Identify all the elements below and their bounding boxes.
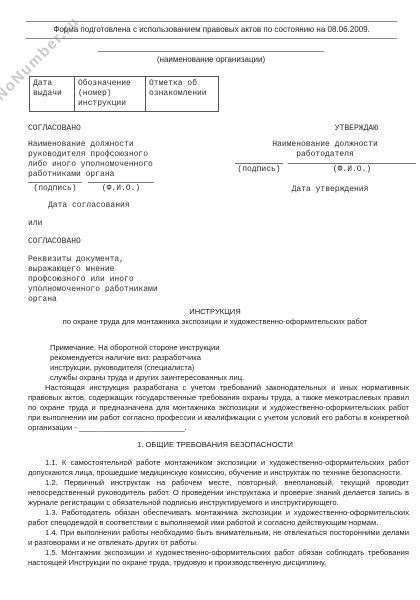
col-issue-date: Дата выдачи [30,77,75,112]
full-name-line: (Ф.И.О.) [88,182,154,193]
full-name-line: (Ф.И.О.) [288,163,416,174]
document-title-block: ИНСТРУКЦИЯ по охране труда для монтажник… [20,307,410,327]
table-row: Дата выдачи Обозначение (номер) инструкц… [30,77,219,112]
form-preparation-notice: Форма подготовлена с использованием прав… [26,21,397,39]
signature-line: (подпись) [235,163,283,174]
intro-paragraph: Настоящая инструкция разработана с учето… [28,383,409,433]
document-page: NoNumber.ru Форма подготовлена с использ… [0,0,420,600]
document-title: ИНСТРУКЦИЯ [20,307,410,317]
approval-date-label: Дата утверждения [270,185,390,195]
signature-line: (подпись) [28,182,82,193]
right-signature-block: (подпись)(Ф.И.О.) [235,163,416,181]
agreement-date-label: Дата согласования [48,201,130,211]
paragraph-1-4: 1.4. При выполнении работы необходимо бы… [28,528,409,548]
organization-name-blank-line [98,38,324,52]
paragraph-1-2: 1.2. Первичный инструктаж на рабочем мес… [28,478,409,508]
paragraph-1-5: 1.5. Монтажник экспозиции и художественн… [28,548,409,568]
employer-position: Наименование должности работодателя [255,140,395,160]
col-instruction-number: Обозначение (номер) инструкции [75,77,146,112]
section-1-body: 1.1. К самостоятельной работе монтажнико… [28,458,409,568]
col-acknowledgement-mark: Отметка об ознакомлении [146,77,219,112]
union-representative-position: Наименование должности руководителя проф… [28,140,153,180]
union-opinion-document-details: Реквизиты документа, выражающего мнение … [28,255,158,305]
left-signature-block: (подпись)(Ф.И.О.) [28,182,154,200]
agreed-label: СОГЛАСОВАНО [28,124,81,134]
instruction-register-table: Дата выдачи Обозначение (номер) инструкц… [29,76,219,112]
document-subtitle: по охране труда для монтажника экспозици… [49,317,381,327]
note-text: Примечание. На оборотной стороне инструк… [50,343,244,383]
section-1-heading: 1. ОБЩИЕ ТРЕБОВАНИЯ БЕЗОПАСНОСТИ [20,440,410,449]
organization-name-label: (наименование организации) [78,55,344,64]
agreed-label-second: СОГЛАСОВАНО [28,237,81,247]
or-label: или [28,219,42,229]
paragraph-1-1: 1.1. К самостоятельной работе монтажнико… [28,458,409,478]
approved-label: УТВЕРЖДАЮ [290,124,378,134]
paragraph-1-3: 1.3. Работодатель обязан обеспечивать мо… [28,508,409,528]
